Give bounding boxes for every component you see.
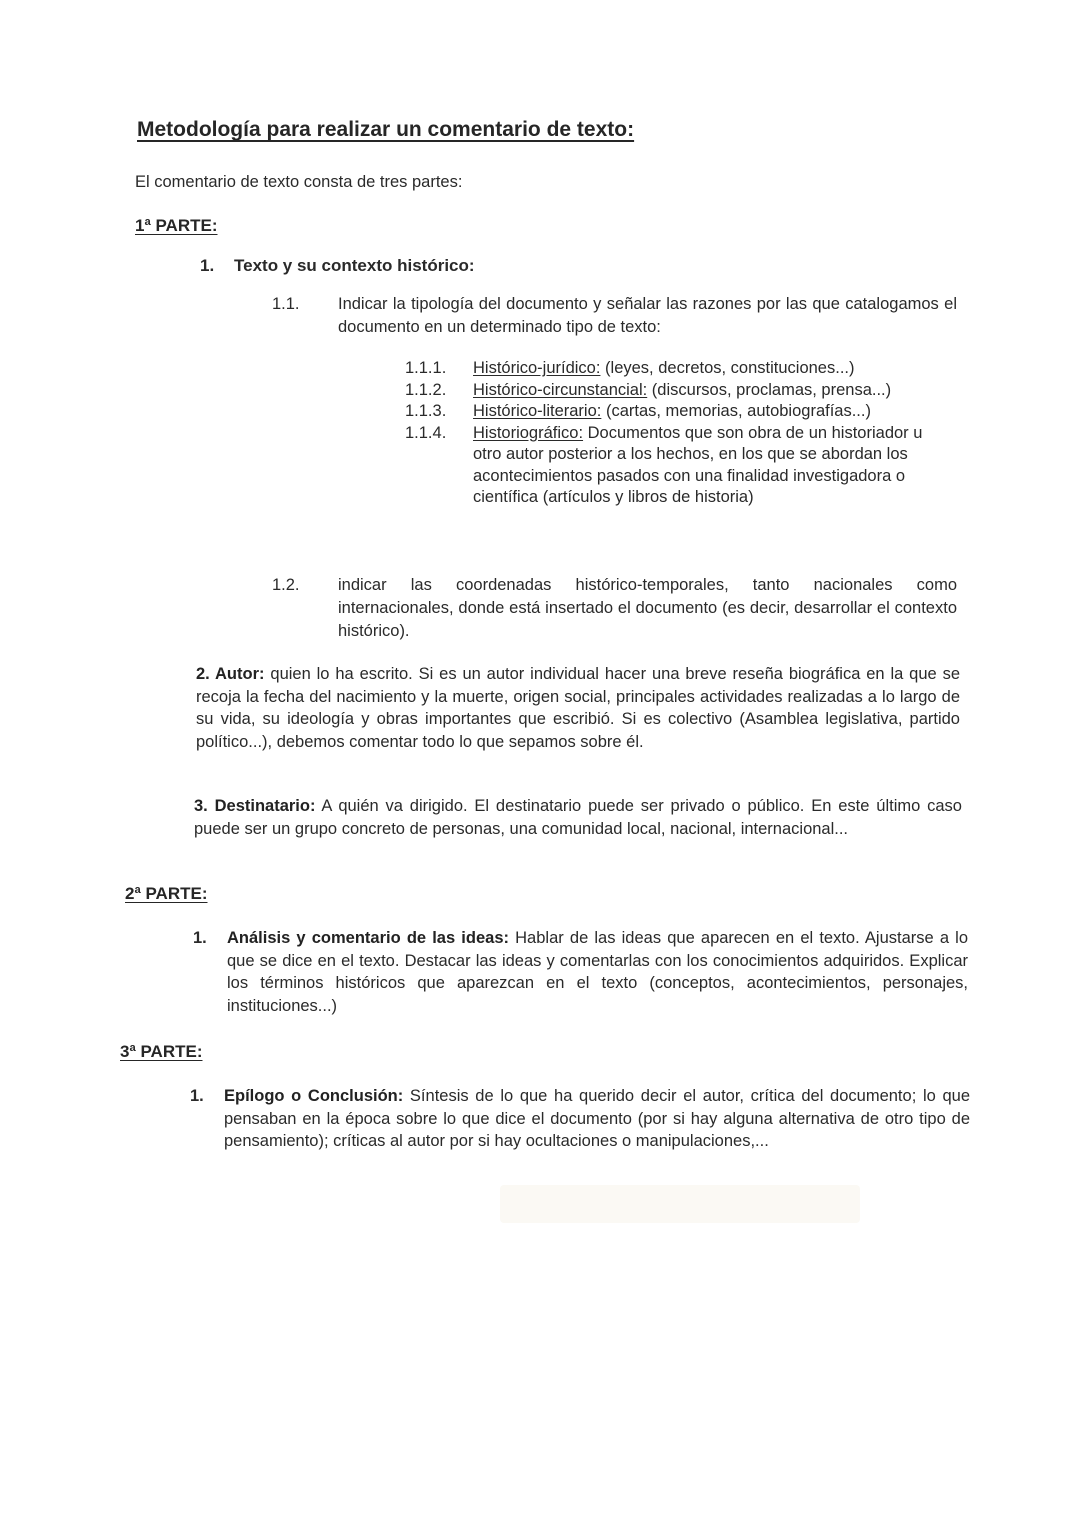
section-heading-text: 3. Destinatario: [194, 797, 315, 815]
section-texto-contexto-heading: 1.Texto y su contexto histórico: [200, 256, 475, 276]
type-term: Historiográfico: [473, 424, 583, 442]
subsection-1-1: 1.1. Indicar la tipología del documento … [272, 293, 957, 339]
subsection-number: 1.2. [272, 574, 300, 597]
section-number: 1. [193, 927, 207, 950]
type-item: 1.1.4. Historiográfico: Documentos que s… [405, 423, 950, 509]
section-destinatario: 3. Destinatario: A quién va dirigido. El… [194, 795, 962, 840]
type-number: 1.1.1. [405, 358, 446, 380]
section-number: 1. [190, 1085, 204, 1108]
section-number: 1. [200, 256, 234, 276]
subsection-number: 1.1. [272, 293, 300, 316]
type-number: 1.1.4. [405, 423, 446, 445]
type-item: 1.1.3. Histórico-literario: (cartas, mem… [405, 401, 950, 423]
part-1-heading: 1ª PARTE: [135, 216, 218, 236]
section-heading-text: 2. Autor: [196, 665, 265, 683]
section-analisis: 1. Análisis y comentario de las ideas: H… [193, 927, 968, 1017]
type-item: 1.1.2. Histórico-circunstancial: (discur… [405, 380, 950, 402]
part-2-heading: 2ª PARTE: [125, 884, 208, 904]
subsection-text: indicar las coordenadas histórico-tempor… [338, 574, 957, 643]
subsection-1-2: 1.2. indicar las coordenadas histórico-t… [272, 574, 957, 643]
part-3-heading: 3ª PARTE: [120, 1042, 203, 1062]
intro-text: El comentario de texto consta de tres pa… [135, 173, 462, 192]
section-heading-text: Análisis y comentario de las ideas: [227, 929, 509, 947]
type-term: Histórico-jurídico: [473, 359, 600, 377]
type-item: 1.1.1. Histórico-jurídico: (leyes, decre… [405, 358, 950, 380]
type-number: 1.1.3. [405, 401, 446, 423]
type-desc: (discursos, proclamas, prensa...) [647, 381, 891, 399]
type-desc: (cartas, memorias, autobiografías...) [601, 402, 871, 420]
section-autor: 2. Autor: quien lo ha escrito. Si es un … [196, 663, 960, 753]
section-heading-text: Epílogo o Conclusión: [224, 1087, 403, 1105]
type-term: Histórico-literario: [473, 402, 601, 420]
section-epilogo: 1. Epílogo o Conclusión: Síntesis de lo … [190, 1085, 970, 1153]
subsection-text: Indicar la tipología del documento y señ… [338, 293, 957, 339]
section-heading-text: Texto y su contexto histórico: [234, 256, 475, 275]
scan-smudge [500, 1185, 860, 1223]
document-types-list: 1.1.1. Histórico-jurídico: (leyes, decre… [405, 358, 950, 509]
type-number: 1.1.2. [405, 380, 446, 402]
document-title: Metodología para realizar un comentario … [137, 118, 634, 142]
type-desc: (leyes, decretos, constituciones...) [600, 359, 854, 377]
section-body: quien lo ha escrito. Si es un autor indi… [196, 665, 960, 751]
type-term: Histórico-circunstancial: [473, 381, 647, 399]
